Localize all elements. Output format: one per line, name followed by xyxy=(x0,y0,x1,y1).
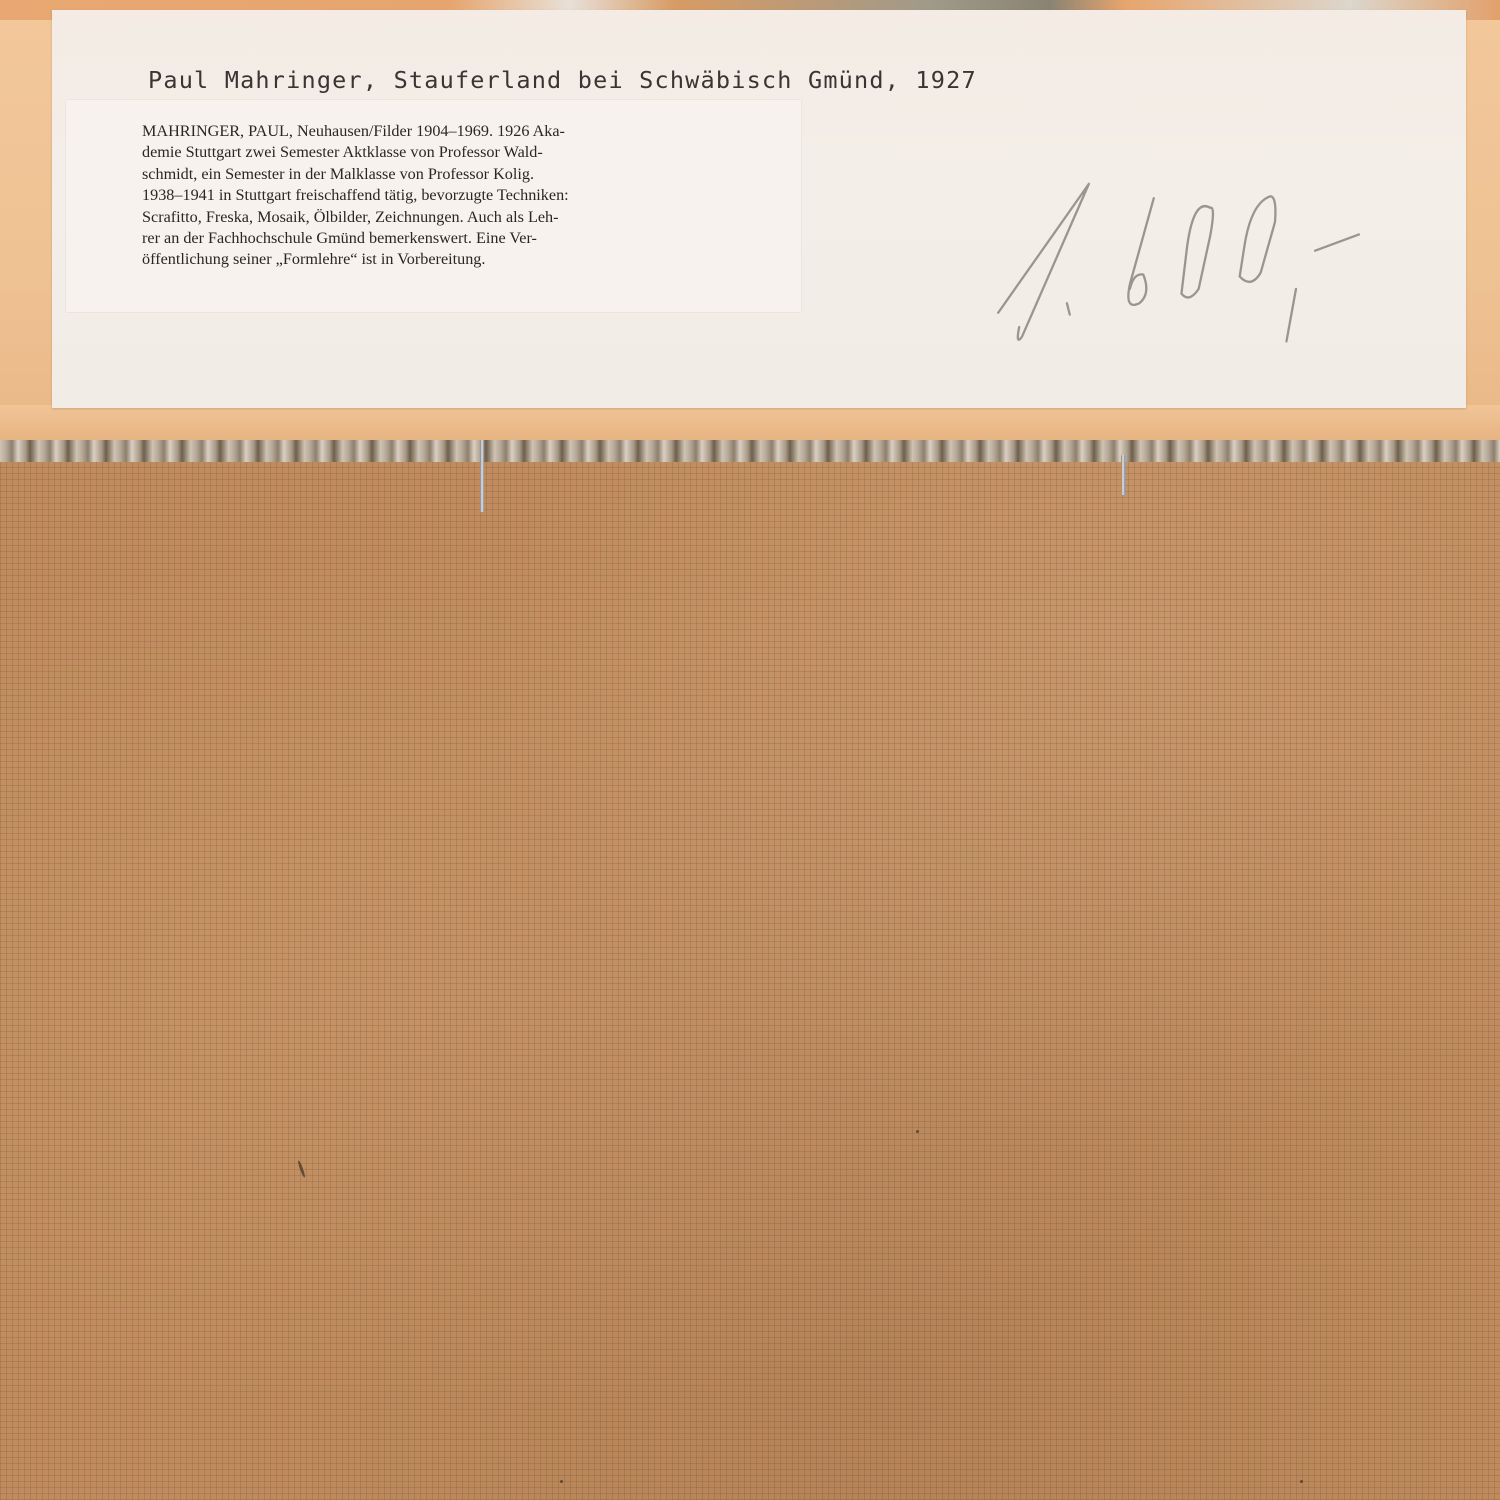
staple-right xyxy=(1121,455,1125,495)
bio-line: öffentlichung seiner „Formlehre“ ist in … xyxy=(142,249,720,270)
bio-line: demie Stuttgart zwei Semester Aktklasse … xyxy=(142,142,720,163)
speck xyxy=(1300,1480,1303,1483)
bio-line: MAHRINGER, PAUL, Neuhausen/Filder 1904–1… xyxy=(142,121,720,142)
biography-text: MAHRINGER, PAUL, Neuhausen/Filder 1904–1… xyxy=(142,121,720,271)
staple-left xyxy=(480,440,484,512)
painting-back-photo: Paul Mahringer, Stauferland bei Schwäbis… xyxy=(0,0,1500,1500)
bio-line: rer an der Fachhochschule Gmünd bemerken… xyxy=(142,228,720,249)
stretcher-bar-lower-edge xyxy=(0,405,1500,442)
hardboard-backing xyxy=(0,462,1500,1500)
bio-line: 1938–1941 in Stuttgart freischaffend tät… xyxy=(142,185,720,206)
label-title: Paul Mahringer, Stauferland bei Schwäbis… xyxy=(148,66,977,94)
bio-line: schmidt, ein Semester in der Malklasse v… xyxy=(142,164,720,185)
speck xyxy=(916,1130,919,1133)
speck xyxy=(560,1480,563,1483)
pencil-price-annotation: 1.600,- xyxy=(960,160,1380,370)
bio-line: Scrafitto, Freska, Mosaik, Ölbilder, Zei… xyxy=(142,207,720,228)
